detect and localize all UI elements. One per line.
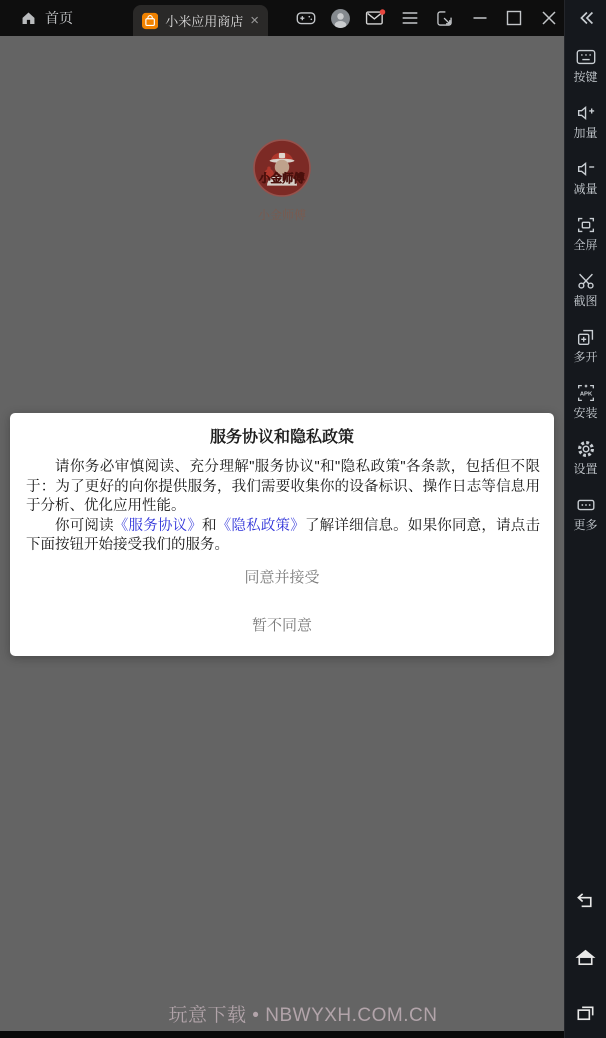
- menu-icon: [399, 7, 421, 29]
- mail-icon: [364, 7, 386, 29]
- install-apk-icon: APK: [575, 382, 597, 404]
- android-home-button[interactable]: [565, 934, 606, 980]
- multi-instance-icon: [575, 326, 597, 348]
- back-icon: [574, 890, 597, 913]
- gamepad-icon: [295, 7, 317, 29]
- volume-up-icon: [575, 102, 597, 124]
- sidebar-tool-volume-down[interactable]: 减量: [565, 148, 606, 204]
- paragraph-text: 你可阅读: [55, 518, 114, 534]
- sidebar-tool-multi-instance[interactable]: 多开: [565, 316, 606, 372]
- sidebar-tool-fullscreen[interactable]: 全屏: [565, 204, 606, 260]
- resize-icon: [434, 8, 455, 29]
- avatar-icon: [330, 8, 351, 29]
- collapse-sidebar-button[interactable]: [565, 0, 606, 36]
- gear-icon: [575, 438, 597, 460]
- xiaojin-shifu-app-icon: 小金师傅: [253, 139, 311, 197]
- android-screen: 小金师傅 小金师傅 服务协议和隐私政策 请你务必审慎阅读、充分理解"服务协议"和…: [0, 36, 564, 1031]
- tab-label: 小米应用商店: [165, 11, 243, 30]
- home-nav-icon: [574, 946, 597, 969]
- account-button[interactable]: [328, 5, 354, 31]
- more-icon: [575, 494, 597, 516]
- tool-label: 安装: [573, 407, 597, 419]
- apk-icon-text: APK: [579, 391, 592, 397]
- tab-close-icon[interactable]: ×: [250, 13, 259, 28]
- maximize-button[interactable]: [501, 5, 527, 31]
- sidebar-tool-more[interactable]: 更多: [565, 484, 606, 540]
- tool-label: 更多: [573, 519, 597, 531]
- service-agreement-link[interactable]: 《服务协议》: [114, 518, 202, 534]
- maximize-icon: [504, 8, 524, 28]
- disagree-button[interactable]: 暂不同意: [10, 602, 554, 650]
- titlebar: 首页 小米应用商店 ×: [0, 0, 564, 36]
- privacy-policy-dialog: 服务协议和隐私政策 请你务必审慎阅读、充分理解"服务协议"和"隐私政策"各条款，…: [10, 413, 554, 656]
- tool-label: 全屏: [573, 239, 597, 251]
- emulator-window: 首页 小米应用商店 ×: [0, 0, 606, 1038]
- sidebar-tool-settings[interactable]: 设置: [565, 428, 606, 484]
- android-back-button[interactable]: [565, 878, 606, 924]
- messages-button[interactable]: [362, 5, 388, 31]
- dialog-title: 服务协议和隐私政策: [10, 428, 554, 448]
- privacy-policy-link[interactable]: 《隐私政策》: [217, 518, 305, 534]
- tool-label: 按键: [573, 71, 597, 83]
- app-tab-mi-store[interactable]: 小米应用商店 ×: [133, 5, 268, 36]
- gamepad-button[interactable]: [293, 5, 319, 31]
- tool-label: 减量: [573, 183, 597, 195]
- toolbar-sidebar: 按键 加量 减量 全屏: [564, 0, 606, 1038]
- chevrons-left-icon: [575, 7, 597, 29]
- home-tab-button[interactable]: 首页: [20, 0, 73, 36]
- sidebar-tool-screenshot[interactable]: 截图: [565, 260, 606, 316]
- paragraph-text: 和: [202, 518, 217, 534]
- dialog-body: 请你务必审慎阅读、充分理解"服务协议"和"隐私政策"各条款，包括但不限于：为了更…: [26, 458, 540, 556]
- mi-store-icon: [142, 12, 158, 30]
- tool-label: 设置: [573, 463, 597, 475]
- close-icon: [539, 8, 559, 28]
- titlebar-actions: [293, 0, 562, 36]
- dialog-actions: 同意并接受 暂不同意: [10, 554, 554, 650]
- minimize-icon: [470, 8, 490, 28]
- fullscreen-icon: [575, 214, 597, 236]
- dialog-paragraph-2: 你可阅读《服务协议》和《隐私政策》了解详细信息。如果你同意，请点击下面按钮开始接…: [26, 517, 540, 556]
- close-window-button[interactable]: [536, 5, 562, 31]
- resize-window-button[interactable]: [432, 5, 458, 31]
- minimize-button[interactable]: [467, 5, 493, 31]
- sidebar-tool-keymapping[interactable]: 按键: [565, 36, 606, 92]
- bottom-strip: [0, 1031, 564, 1038]
- notification-badge: [380, 9, 386, 14]
- menu-button[interactable]: [397, 5, 423, 31]
- dialog-paragraph-1: 请你务必审慎阅读、充分理解"服务协议"和"隐私政策"各条款，包括但不限于：为了更…: [26, 458, 540, 517]
- android-recents-button[interactable]: [565, 990, 606, 1036]
- home-icon: [20, 10, 37, 27]
- tool-label: 加量: [573, 127, 597, 139]
- sidebar-tool-volume-up[interactable]: 加量: [565, 92, 606, 148]
- sidebar-tool-install-apk[interactable]: APK 安装: [565, 372, 606, 428]
- tool-label: 多开: [573, 351, 597, 363]
- volume-down-icon: [575, 158, 597, 180]
- app-name-label: 小金师傅: [258, 206, 306, 223]
- keyboard-icon: [575, 46, 597, 68]
- agree-accept-button[interactable]: 同意并接受: [10, 554, 554, 602]
- tool-label: 截图: [573, 295, 597, 307]
- android-nav-buttons: [565, 878, 606, 1038]
- app-splash: 小金师傅 小金师傅: [0, 139, 564, 223]
- app-icon-banner-text: 小金师傅: [259, 171, 305, 185]
- home-tab-label: 首页: [45, 8, 73, 28]
- recents-icon: [574, 1002, 597, 1025]
- scissors-icon: [575, 270, 597, 292]
